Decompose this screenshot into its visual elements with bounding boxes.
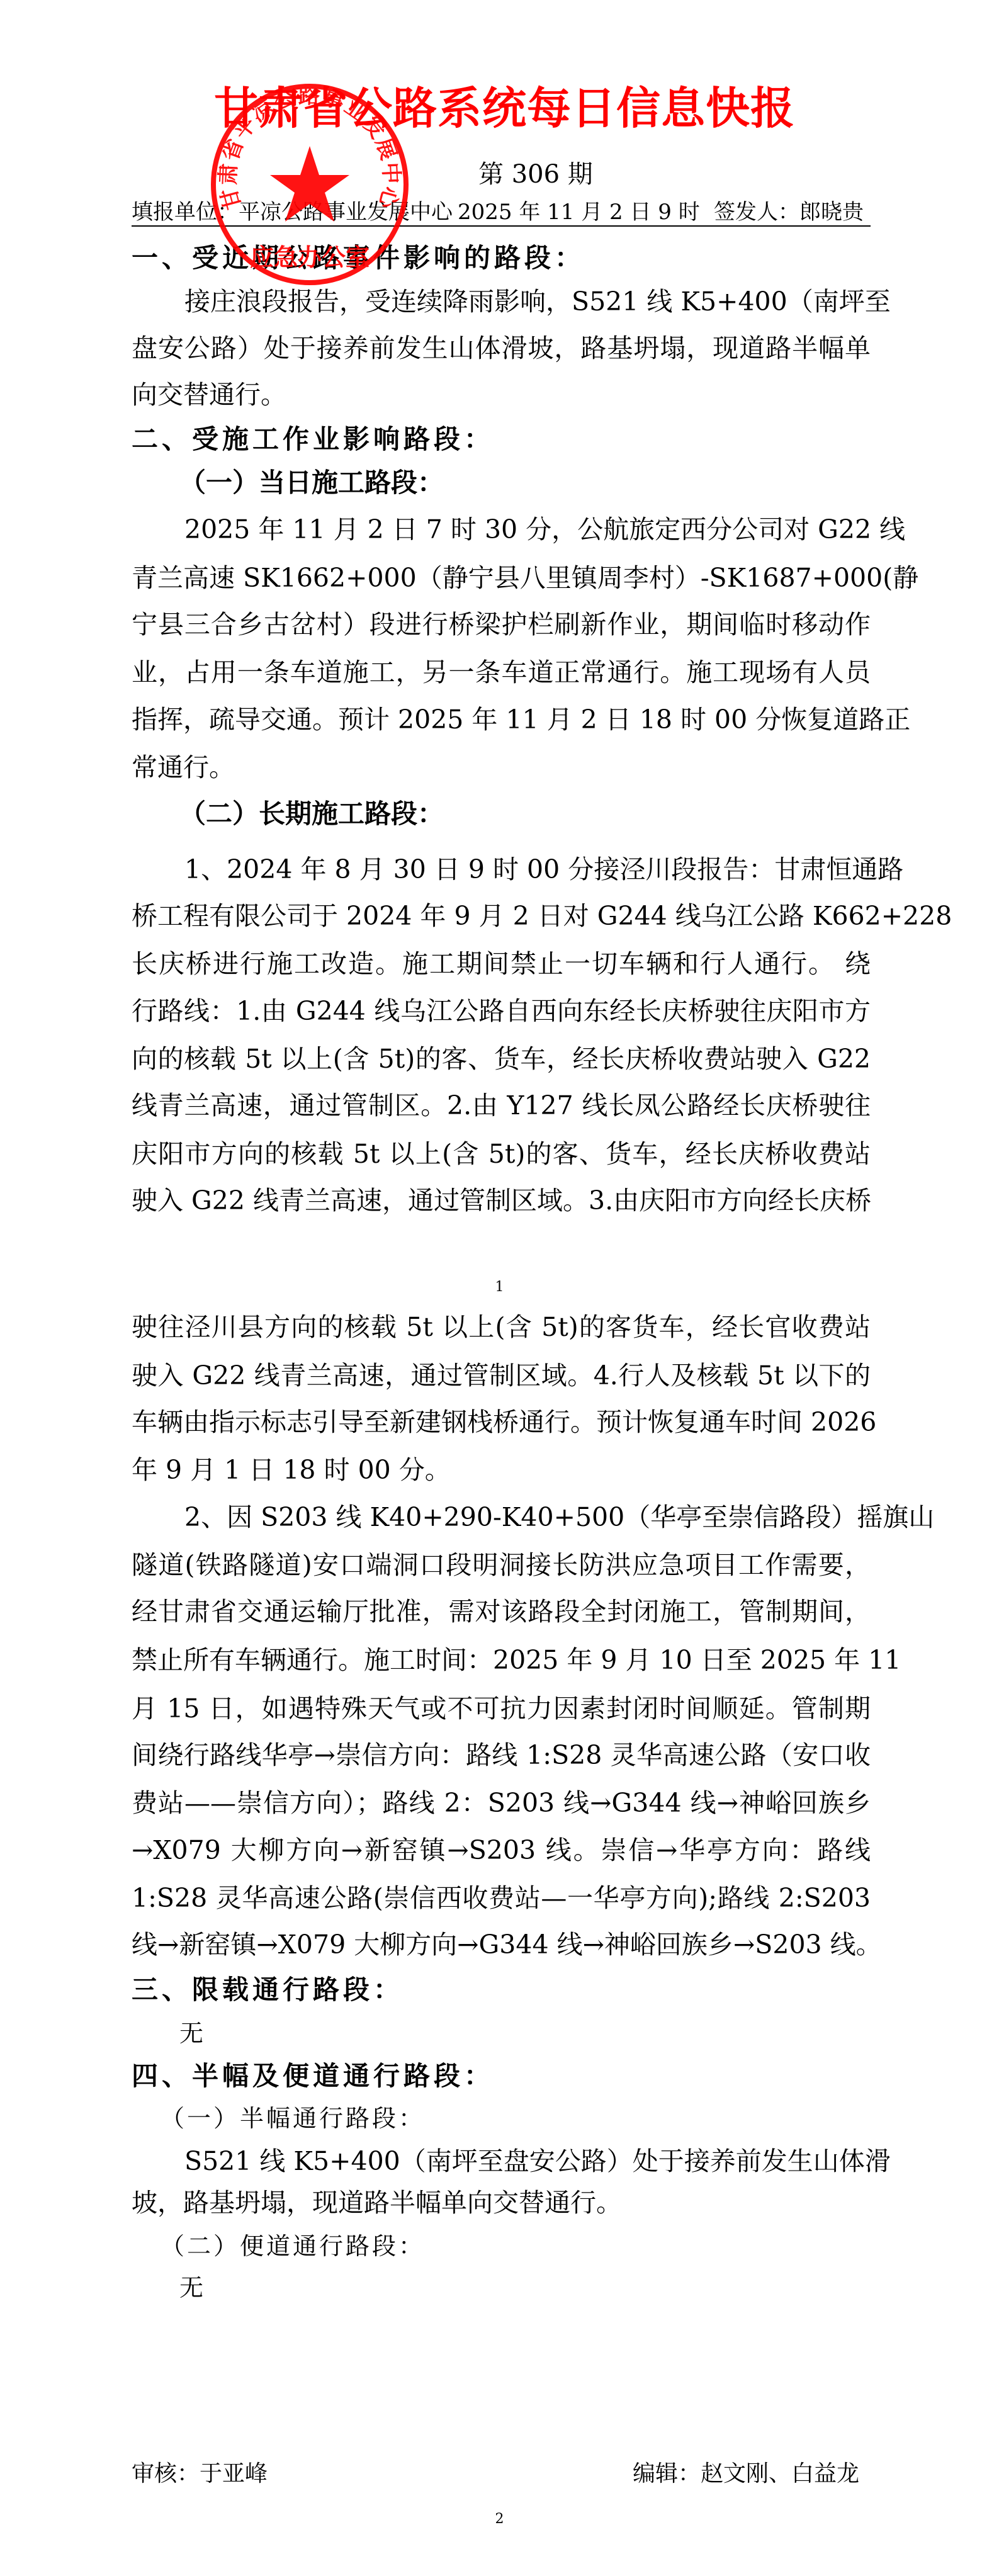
subsection-2-2-heading: （二）长期施工路段： xyxy=(179,798,444,830)
paragraph-line: 2025 年 11 月 2 日 7 时 30 分，公航旅定西分公司对 G22 线 xyxy=(184,514,871,545)
paragraph-line: 盘安公路）处于接养前发生山体滑坡，路基坍塌，现道路半幅单 xyxy=(132,332,871,364)
paragraph-line: 费站——崇信方向）；路线 2：S203 线→G344 线→神峪回族乡 xyxy=(132,1787,871,1819)
paragraph-line: 1:S28 灵华高速公路(崇信西收费站—一华亭方向);路线 2:S203 xyxy=(132,1882,871,1914)
paragraph-line: 庆阳市方向的核载 5t 以上(含 5t)的客、货车，经长庆桥收费站 xyxy=(132,1138,871,1170)
paragraph-line: 车辆由指示标志引导至新建钢栈桥通行。预计恢复通车时间 2026 xyxy=(132,1406,871,1438)
report-datetime: 2025 年 11 月 2 日 9 时 xyxy=(458,200,700,224)
subsection-4-2-heading: （二）便道通行路段： xyxy=(161,2231,425,2261)
section-3-heading: 三、限载通行路段： xyxy=(132,1974,404,2006)
paragraph-line: 坡，路基坍塌，现道路半幅单向交替通行。 xyxy=(132,2187,871,2218)
report-title: 甘肃省公路系统每日信息快报 xyxy=(214,83,793,133)
subsection-4-1-heading: （一）半幅通行路段： xyxy=(161,2103,425,2133)
editor-label: 编辑： xyxy=(633,2461,701,2487)
paragraph-line: 青兰高速 SK1662+000（静宁县八里镇周李村）-SK1687+000(静 xyxy=(132,562,871,594)
reporting-unit: 填报单位：平凉公路事业发展中心 xyxy=(132,200,453,224)
paragraph-line: 业，占用一条车道施工，另一条车道正常通行。施工现场有人员 xyxy=(132,657,871,688)
section-1-heading: 一、受近期公路事件影响的路段： xyxy=(132,242,585,274)
paragraph-line: 1、2024 年 8 月 30 日 9 时 00 分接泾川段报告：甘肃恒通路 xyxy=(184,854,871,885)
paragraph-line: 桥工程有限公司于 2024 年 9 月 2 日对 G244 线乌江公路 K662… xyxy=(132,900,871,932)
section-3-value: 无 xyxy=(179,2018,203,2048)
paragraph-line: 隧道(铁路隧道)安口端洞口段明洞接长防洪应急项目工作需要， xyxy=(132,1549,871,1581)
paragraph-line: 宁县三合乡古岔村）段进行桥梁护栏刷新作业，期间临时移动作 xyxy=(132,609,871,640)
paragraph-line: 线青兰高速，通过管制区。2.由 Y127 线长凤公路经长庆桥驶往 xyxy=(132,1090,871,1121)
paragraph-line: 长庆桥进行施工改造。施工期间禁止一切车辆和行人通行。 绕 xyxy=(132,948,871,980)
paragraph-line: 间绕行路线华亭→崇信方向：路线 1:S28 灵华高速公路（安口收 xyxy=(132,1739,871,1771)
signer-value: 郎晓贵 xyxy=(799,200,864,225)
paragraph-line: 线→新窑镇→X079 大柳方向→G344 线→神峪回族乡→S203 线。 xyxy=(132,1929,871,1960)
paragraph-line: →X079 大柳方向→新窑镇→S203 线。崇信→华亭方向：路线 xyxy=(132,1834,871,1866)
reviewer-name: 于亚峰 xyxy=(200,2461,268,2487)
page-number: 2 xyxy=(0,2511,999,2528)
paragraph-line: 向交替通行。 xyxy=(132,379,871,410)
section-2-heading: 二、受施工作业影响路段： xyxy=(132,424,494,455)
section-4-2-value: 无 xyxy=(179,2273,203,2303)
report-meta-row: 填报单位：平凉公路事业发展中心 2025 年 11 月 2 日 9 时 签发人：… xyxy=(132,200,871,227)
page-number: 1 xyxy=(0,1279,999,1296)
paragraph-line: 驶往泾川县方向的核载 5t 以上(含 5t)的客货车，经长官收费站 xyxy=(132,1311,871,1343)
editors: 编辑：赵文刚、白益龙 xyxy=(633,2460,859,2488)
paragraph-line: 常通行。 xyxy=(132,752,871,783)
reviewer-label: 审核： xyxy=(132,2461,200,2487)
paragraph-line: 接庄浪段报告，受连续降雨影响，S521 线 K5+400（南坪至 xyxy=(184,286,871,317)
paragraph-line: 行路线：1.由 G244 线乌江公路自西向东经长庆桥驶往庆阳市方 xyxy=(132,995,871,1027)
signer: 签发人：郎晓贵 xyxy=(714,200,864,224)
paragraph-line: 经甘肃省交通运输厅批准，需对该路段全封闭施工，管制期间， xyxy=(132,1596,871,1627)
section-4-heading: 四、半幅及便道通行路段： xyxy=(132,2060,494,2092)
reporting-unit-value: 平凉公路事业发展中心 xyxy=(239,200,453,225)
issue-number: 第 306 期 xyxy=(478,159,593,190)
paragraph-line: 年 9 月 1 日 18 时 00 分。 xyxy=(132,1454,871,1486)
reviewer: 审核：于亚峰 xyxy=(132,2460,268,2488)
paragraph-line: 驶入 G22 线青兰高速，通过管制区域。3.由庆阳市方向经长庆桥 xyxy=(132,1185,871,1216)
paragraph-line: 2、因 S203 线 K40+290-K40+500（华亭至崇信路段）摇旗山 xyxy=(184,1501,871,1533)
document-page: 甘肃省公路系统每日信息快报 第 306 期 填报单位：平凉公路事业发展中心 20… xyxy=(0,0,999,2576)
signer-label: 签发人： xyxy=(714,200,799,225)
paragraph-line: 禁止所有车辆通行。施工时间：2025 年 9 月 10 日至 2025 年 11 xyxy=(132,1644,871,1676)
paragraph-line: 驶入 G22 线青兰高速，通过管制区域。4.行人及核载 5t 以下的 xyxy=(132,1360,871,1391)
subsection-2-1-heading: （一）当日施工路段： xyxy=(179,467,444,499)
editor-names: 赵文刚、白益龙 xyxy=(701,2461,859,2487)
paragraph-line: S521 线 K5+400（南坪至盘安公路）处于接养前发生山体滑 xyxy=(184,2145,871,2177)
reporting-unit-label: 填报单位： xyxy=(132,200,239,225)
paragraph-line: 指挥，疏导交通。预计 2025 年 11 月 2 日 18 时 00 分恢复道路… xyxy=(132,704,871,735)
paragraph-line: 月 15 日，如遇特殊天气或不可抗力因素封闭时间顺延。管制期 xyxy=(132,1693,871,1724)
paragraph-line: 向的核载 5t 以上(含 5t)的客、货车，经长庆桥收费站驶入 G22 xyxy=(132,1043,871,1075)
